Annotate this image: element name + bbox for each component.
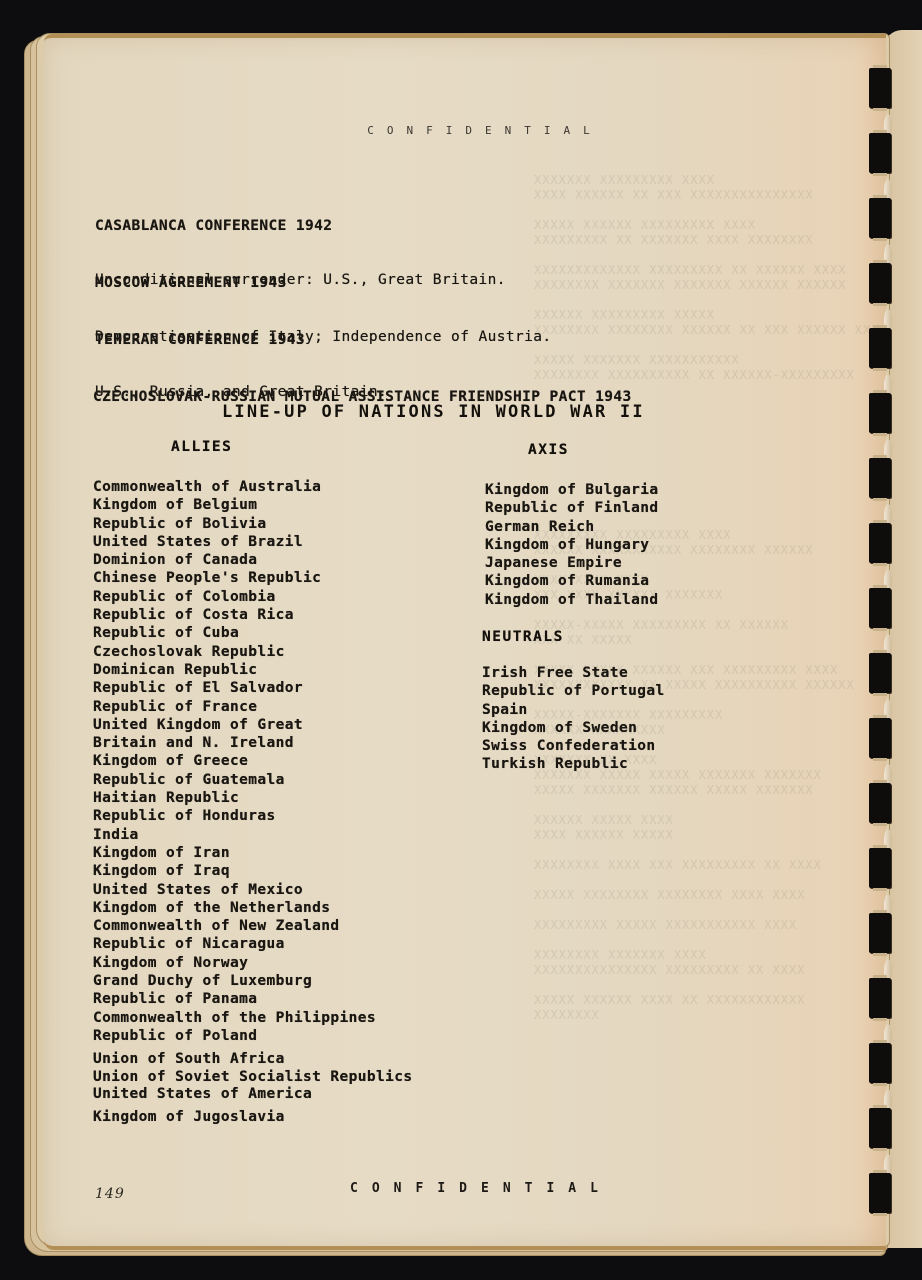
nation-item: Republic of Cuba [93, 624, 413, 642]
nation-item: Republic of Honduras [93, 807, 413, 825]
nation-item: United States of Brazil [93, 533, 413, 551]
nation-item: United Kingdom of Great [93, 716, 413, 734]
nation-item: Republic of Portugal [482, 682, 665, 700]
nation-item: Swiss Confederation [482, 737, 665, 755]
nation-item: Republic of Bolivia [93, 515, 413, 533]
binding-ring [869, 848, 891, 888]
header-confidential-stamp: CONFIDENTIAL [44, 124, 906, 137]
binding-ring [869, 913, 891, 953]
nation-item: Kingdom of Iran [93, 844, 413, 862]
axis-heading: AXIS [528, 441, 569, 459]
nation-item: Kingdom of Thailand [485, 591, 658, 609]
nation-item: United States of Mexico [93, 881, 413, 899]
nation-item: Haitian Republic [93, 789, 413, 807]
nation-item: Kingdom of Rumania [485, 572, 658, 590]
nation-item: Kingdom of Jugoslavia [93, 1108, 413, 1126]
nation-item: Commonwealth of the Philippines [93, 1009, 413, 1027]
neutrals-list: Irish Free StateRepublic of PortugalSpai… [482, 664, 665, 774]
agreement-title: TEHERAN CONFERENCE 1943 [95, 331, 387, 349]
page-number: 149 [95, 1186, 125, 1202]
nation-item: Irish Free State [482, 664, 665, 682]
binding-ring [869, 718, 891, 758]
allies-list: Commonwealth of AustraliaKingdom of Belg… [93, 478, 413, 1126]
binding-ring [869, 783, 891, 823]
nation-item: Commonwealth of Australia [93, 478, 413, 496]
nation-item: Kingdom of Sweden [482, 719, 665, 737]
nation-item: Chinese People's Republic [93, 569, 413, 587]
nation-item: Republic of Nicaragua [93, 935, 413, 953]
binding-ring [869, 653, 891, 693]
binding-ring [869, 133, 891, 173]
agreement-title: CASABLANCA CONFERENCE 1942 [95, 217, 506, 235]
nation-item: Turkish Republic [482, 755, 665, 773]
nation-item: Republic of El Salvador [93, 679, 413, 697]
binding-ring [869, 68, 891, 108]
nation-item: United States of America [93, 1085, 413, 1108]
neutrals-heading: NEUTRALS [482, 628, 564, 646]
binding-ring [869, 458, 891, 498]
nation-item: India [93, 826, 413, 844]
nation-item: Britain and N. Ireland [93, 734, 413, 752]
nation-item: Grand Duchy of Luxemburg [93, 972, 413, 990]
agreement-title: MOSCOW AGREEMENT 1943 [95, 274, 552, 292]
nation-item: Republic of Poland [93, 1027, 413, 1050]
binding-ring [869, 393, 891, 433]
section-title: LINE-UP OF NATIONS IN WORLD WAR II [222, 402, 645, 422]
nation-item: Kingdom of Bulgaria [485, 481, 658, 499]
binding-ring [869, 1108, 891, 1148]
binding-ring [869, 1173, 891, 1213]
nation-item: Kingdom of Greece [93, 752, 413, 770]
nation-item: Kingdom of Hungary [485, 536, 658, 554]
binding-ring [869, 198, 891, 238]
binding-ring [869, 328, 891, 368]
nation-item: Dominican Republic [93, 661, 413, 679]
binding-ring [869, 263, 891, 303]
nation-item: Republic of Colombia [93, 588, 413, 606]
nation-item: Kingdom of Iraq [93, 862, 413, 880]
axis-list: Kingdom of BulgariaRepublic of FinlandGe… [485, 481, 658, 609]
nation-item: Kingdom of Norway [93, 954, 413, 972]
binding-ring [869, 978, 891, 1018]
nation-item: Republic of France [93, 698, 413, 716]
nation-item: Commonwealth of New Zealand [93, 917, 413, 935]
nation-item: Kingdom of the Netherlands [93, 899, 413, 917]
nation-item: Republic of Panama [93, 990, 413, 1008]
binding-ring [869, 588, 891, 628]
allies-heading: ALLIES [171, 438, 232, 456]
nation-item: Japanese Empire [485, 554, 658, 572]
nation-item: Spain [482, 701, 665, 719]
nation-item: Republic of Guatemala [93, 771, 413, 789]
nation-item: Kingdom of Belgium [93, 496, 413, 514]
footer-confidential-stamp: CONFIDENTIAL [0, 1181, 922, 1196]
nation-item: Republic of Costa Rica [93, 606, 413, 624]
nation-item: Czechoslovak Republic [93, 643, 413, 661]
nation-item: Union of South Africa [93, 1050, 413, 1068]
nation-item: Union of Soviet Socialist Republics [93, 1068, 413, 1085]
nation-item: Republic of Finland [485, 499, 658, 517]
nation-item: German Reich [485, 518, 658, 536]
binding-ring [869, 523, 891, 563]
nation-item: Dominion of Canada [93, 551, 413, 569]
binding-ring [869, 1043, 891, 1083]
